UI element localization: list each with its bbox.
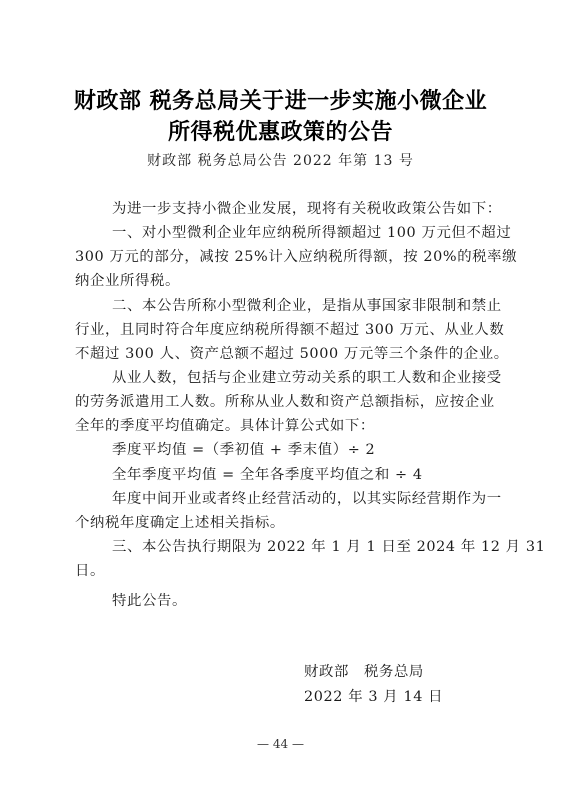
body-line-14: 个纳税年度确定上述相关指标。 (75, 514, 488, 532)
closing-line: 特此公告。 (112, 592, 488, 610)
body-line-1: 为进一步支持小微企业发展，现将有关税收政策公告如下： (112, 200, 488, 218)
formula-quarter-average: 季度平均值 =（季初值 + 季末值）÷ 2 (112, 441, 488, 459)
formula-annual-average: 全年季度平均值 = 全年各季度平均值之和 ÷ 4 (112, 466, 488, 484)
page-number: — 44 — (0, 737, 561, 751)
body-line-5: 二、本公告所称小型微利企业，是指从事国家非限制和禁止 (112, 297, 488, 315)
document-title-line-2: 所得税优惠政策的公告 (0, 115, 561, 146)
body-line-16: 日。 (75, 562, 488, 580)
body-line-7: 不超过 300 人、资产总额不超过 5000 万元等三个条件的企业。 (75, 345, 488, 363)
body-line-6: 行业，且同时符合年度应纳税所得额不超过 300 万元、从业人数 (75, 321, 488, 339)
body-line-9: 的劳务派遣用工人数。所称从业人数和资产总额指标，应按企业 (75, 393, 488, 411)
body-line-2: 一、对小型微利企业年应纳税所得额超过 100 万元但不超过 (112, 224, 488, 242)
document-number: 财政部 税务总局公告 2022 年第 13 号 (0, 150, 561, 170)
body-line-3: 300 万元的部分，减按 25%计入应纳税所得额，按 20%的税率缴 (75, 248, 488, 266)
document-title-line-1: 财政部 税务总局关于进一步实施小微企业 (0, 84, 561, 115)
signature-issuers: 财政部 税务总局 (304, 660, 424, 681)
body-line-15: 三、本公告执行期限为 2022 年 1 月 1 日至 2024 年 12 月 3… (112, 538, 488, 556)
body-line-13: 年度中间开业或者终止经营活动的，以其实际经营期作为一 (112, 490, 488, 508)
body-line-10: 全年的季度平均值确定。具体计算公式如下： (75, 417, 488, 435)
body-line-8: 从业人数，包括与企业建立劳动关系的职工人数和企业接受 (112, 369, 488, 387)
body-line-4: 纳企业所得税。 (75, 272, 488, 290)
signature-date: 2022 年 3 月 14 日 (304, 685, 443, 706)
